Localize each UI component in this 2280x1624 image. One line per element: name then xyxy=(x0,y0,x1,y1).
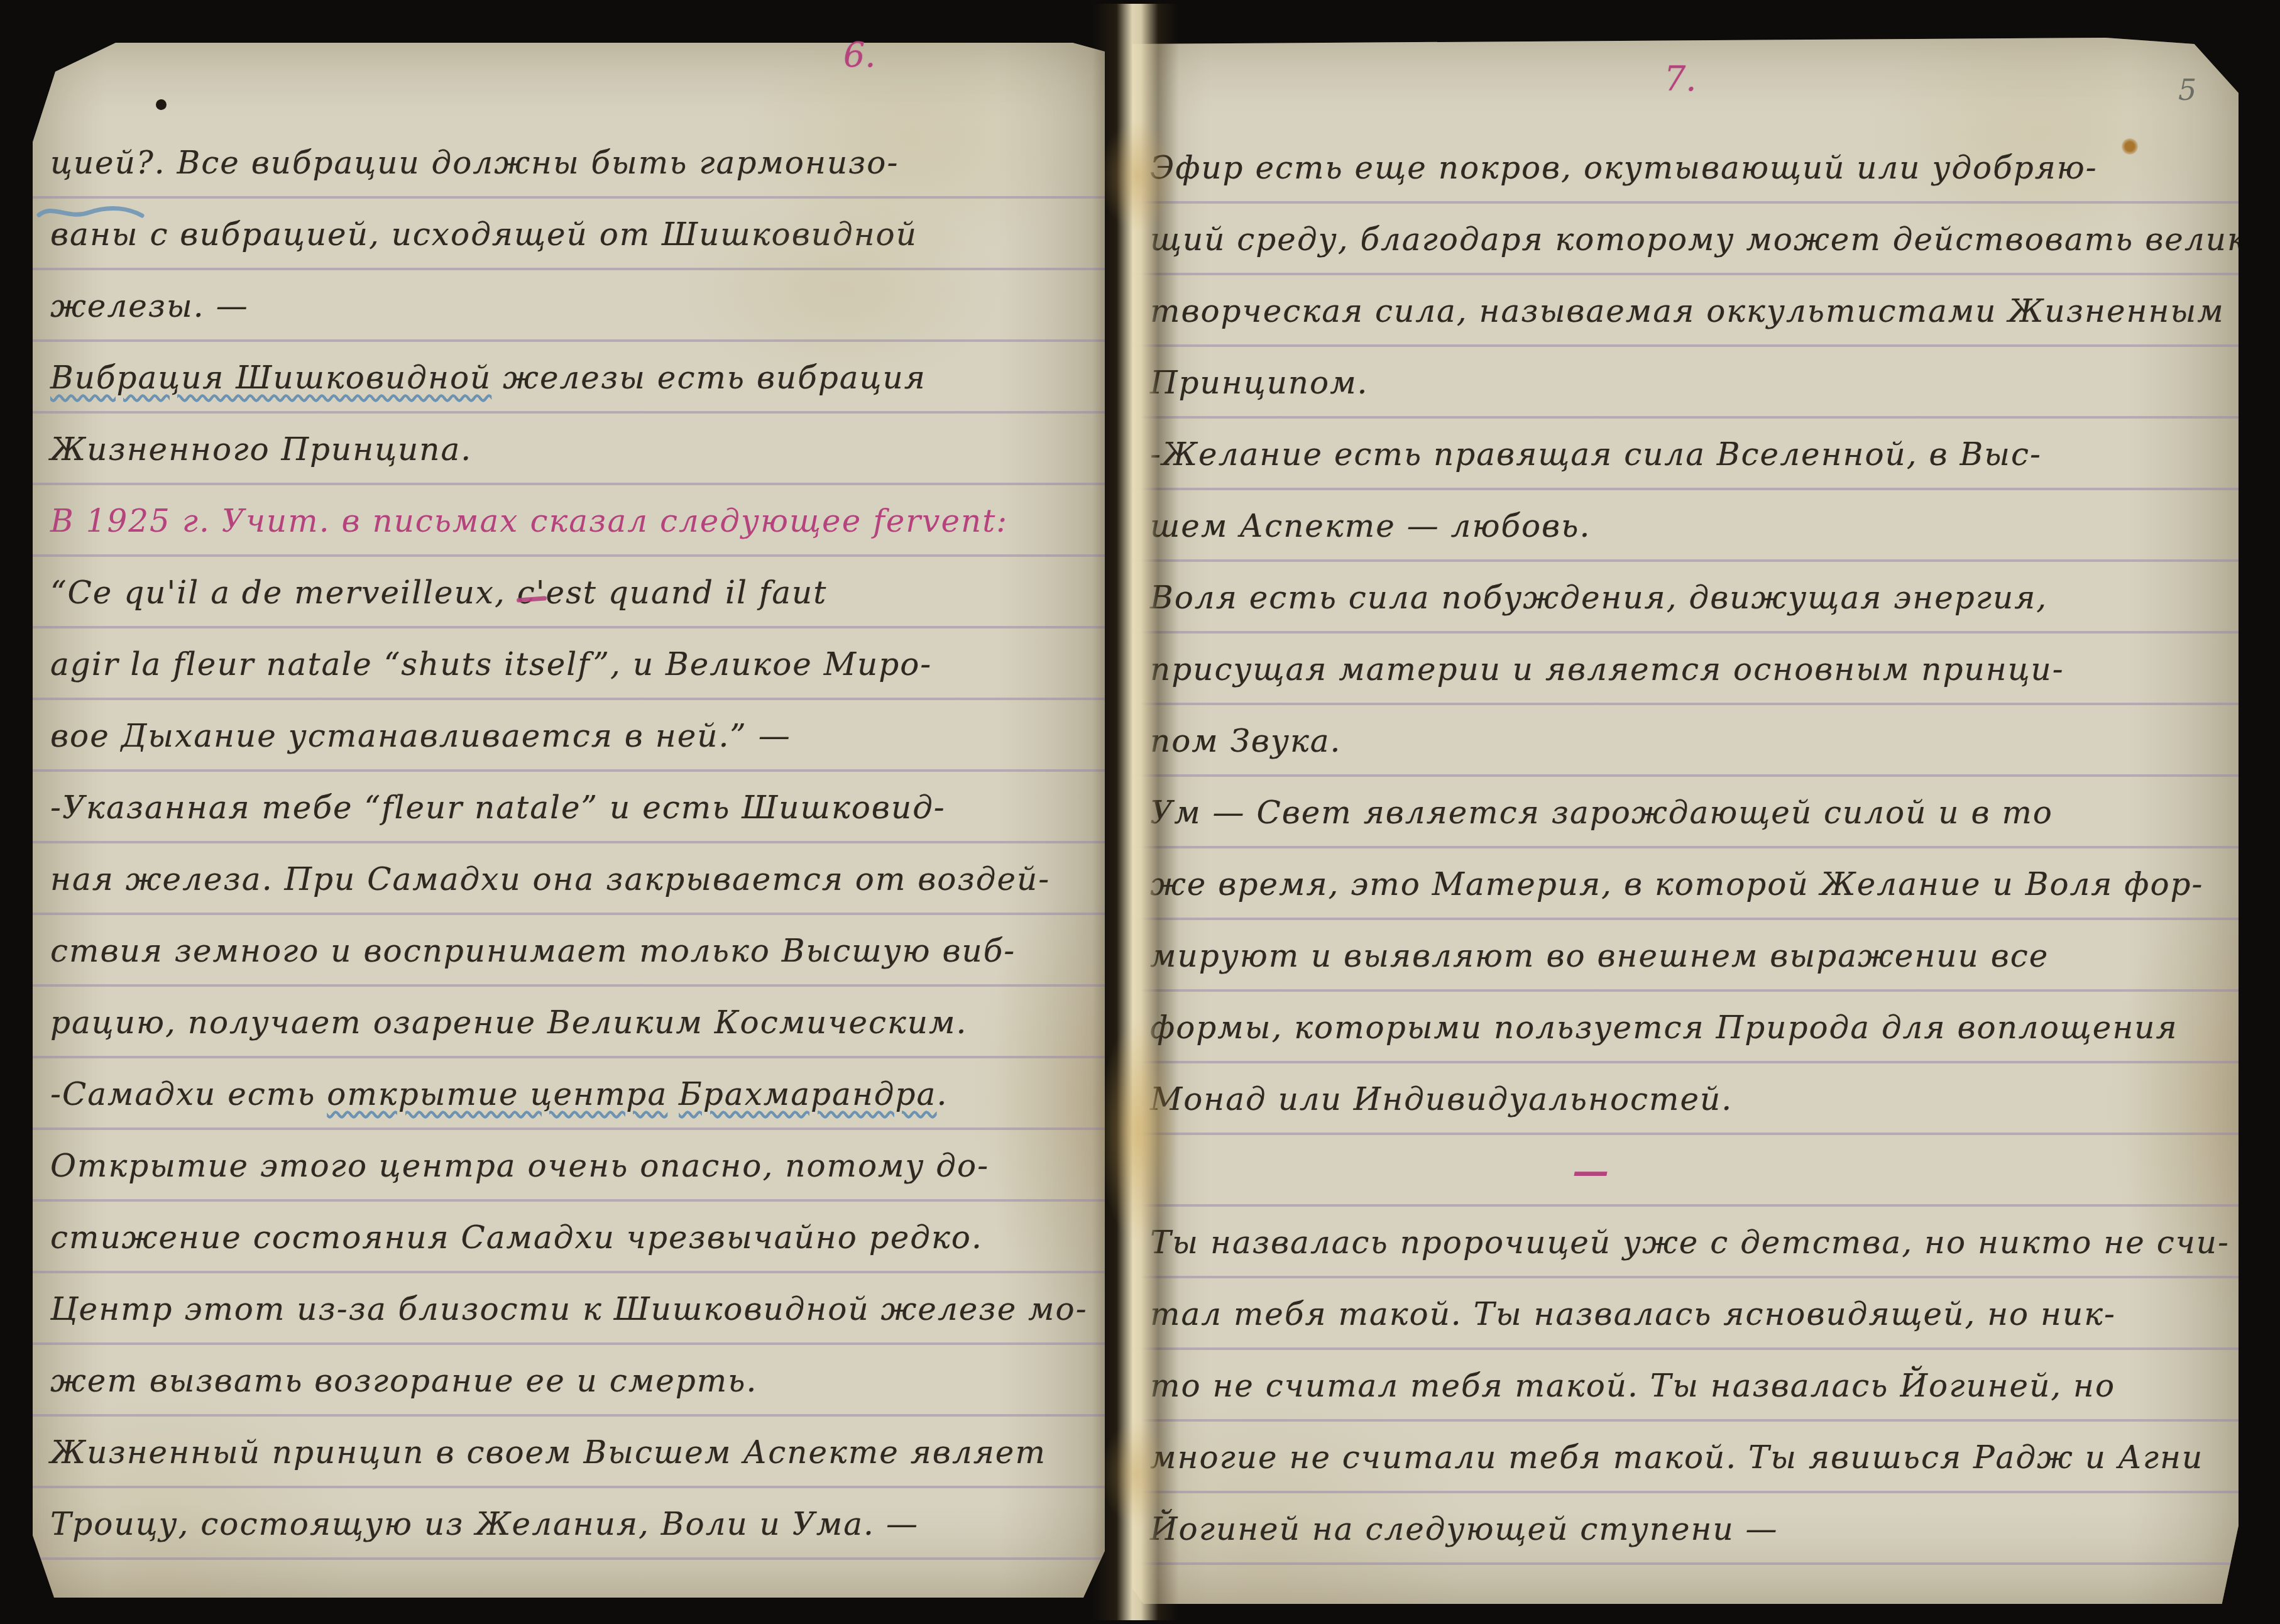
handwriting-line: Эфир есть еще покров, окутывающий или уд… xyxy=(1132,132,2239,204)
handwriting-line: шем Аспекте — любовь. xyxy=(1132,490,2239,562)
handwriting-text: -Указанная тебе “fleur natale” и есть Ши… xyxy=(50,789,946,826)
handwriting-line: Ум — Свет является зарождающей силой и в… xyxy=(1132,777,2239,848)
right-page-text: Эфир есть еще покров, окутывающий или уд… xyxy=(1132,132,2239,1565)
handwriting-line: пом Звука. xyxy=(1132,705,2239,777)
corner-number-pencil: 5 xyxy=(2178,73,2196,107)
handwriting-line: тал тебя такой. Ты назвалась ясновидящей… xyxy=(1132,1278,2239,1350)
handwriting-text: Открытие этого центра очень опасно, пото… xyxy=(50,1148,989,1184)
handwriting-text: многие не считали тебя такой. Ты явишься… xyxy=(1150,1439,2203,1476)
handwriting-text: щий среду, благодаря которому может дейс… xyxy=(1150,221,2280,258)
handwriting-line: мируют и выявляют во внешнем выражении в… xyxy=(1132,920,2239,992)
handwriting-line: Открытие этого центра очень опасно, пото… xyxy=(33,1130,1105,1202)
handwriting-text: Ты назвалась пророчицей уже с детства, н… xyxy=(1150,1224,2230,1261)
notebook-scan: цией?. Все вибрации должны быть гармониз… xyxy=(0,0,2280,1624)
handwriting-line: В 1925 г. Учит. в письмах сказал следующ… xyxy=(33,485,1105,557)
handwriting-line: жет вызвать возгорание ее и смерть. xyxy=(33,1345,1105,1417)
handwriting-text: В 1925 г. Учит. в письмах сказал следующ… xyxy=(50,503,1008,539)
center-fold xyxy=(1092,4,1179,1620)
handwriting-line: Жизненного Принципа. xyxy=(33,414,1105,485)
handwriting-text: Принципом. xyxy=(1150,365,1369,401)
handwriting-text: Йогиней на следующей ступени — xyxy=(1150,1511,1779,1547)
handwriting-text: Троицу, состоящую из Желания, Воли и Ума… xyxy=(50,1506,919,1542)
handwriting-text: Жизненный принцип в своем Высшем Аспекте… xyxy=(50,1434,1046,1471)
handwriting-text: шем Аспекте — любовь. xyxy=(1150,508,1591,544)
handwriting-text: -Самадхи есть xyxy=(50,1076,327,1112)
handwriting-text: agir la fleur natale “shuts itself”, и В… xyxy=(50,646,932,683)
handwriting-text: мируют и выявляют во внешнем выражении в… xyxy=(1150,938,2049,974)
handwriting-text: Монад или Индивидуальностей. xyxy=(1150,1081,1733,1117)
handwriting-line: формы, которыми пользуется Природа для в… xyxy=(1132,992,2239,1063)
handwriting-text: Центр этот из-за близости к Шишковидной … xyxy=(50,1291,1088,1327)
handwriting-line: Троицу, состоящую из Желания, Воли и Ума… xyxy=(33,1488,1105,1560)
handwriting-text: тал тебя такой. Ты назвалась ясновидящей… xyxy=(1150,1296,2116,1332)
underlined-handwriting: Брахмарандра xyxy=(679,1076,936,1112)
handwriting-line: ная железа. При Самадхи она закрывается … xyxy=(33,843,1105,915)
handwriting-text: железы. — xyxy=(50,288,249,324)
handwriting-line: -Указанная тебе “fleur natale” и есть Ши… xyxy=(33,772,1105,843)
handwriting-text: -Желание есть правящая сила Вселенной, в… xyxy=(1150,436,2042,473)
pink-dash: — xyxy=(1572,1149,1610,1192)
handwriting-line: Центр этот из-за близости к Шишковидной … xyxy=(33,1273,1105,1345)
handwriting-text: творческая сила, называемая оккультистам… xyxy=(1150,293,2225,329)
blue-pencil-margin-mark xyxy=(35,199,148,226)
handwriting-text: железы есть вибрация xyxy=(491,359,926,396)
handwriting-line: ствия земного и воспринимает только Высш… xyxy=(33,915,1105,987)
handwriting-text: то не считал тебя такой. Ты назвалась Йо… xyxy=(1150,1368,2115,1404)
page-number-right: 7. xyxy=(1664,59,1697,99)
underlined-handwriting: открытие центра xyxy=(327,1076,667,1112)
handwriting-text: жет вызвать возгорание ее и смерть. xyxy=(50,1363,757,1399)
handwriting-text: Воля есть сила побуждения, движущая энер… xyxy=(1150,579,2047,616)
handwriting-line: стижение состояния Самадхи чрезвычайно р… xyxy=(33,1202,1105,1273)
handwriting-text: стижение состояния Самадхи чрезвычайно р… xyxy=(50,1219,983,1256)
handwriting-text: ствия земного и воспринимает только Высш… xyxy=(50,933,1016,969)
right-page: Эфир есть еще покров, окутывающий или уд… xyxy=(1132,38,2239,1604)
handwriting-line: agir la fleur natale “shuts itself”, и В… xyxy=(33,628,1105,700)
handwriting-text: Жизненного Принципа. xyxy=(50,431,472,468)
handwriting-line: творческая сила, называемая оккультистам… xyxy=(1132,275,2239,347)
handwriting-line: щий среду, благодаря которому может дейс… xyxy=(1132,204,2239,275)
handwriting-line: многие не считали тебя такой. Ты явишься… xyxy=(1132,1422,2239,1493)
handwriting-line: железы. — xyxy=(33,270,1105,342)
handwriting-line: Монад или Индивидуальностей. xyxy=(1132,1063,2239,1135)
handwriting-text: формы, которыми пользуется Природа для в… xyxy=(1150,1009,2178,1046)
handwriting-line: Йогиней на следующей ступени — xyxy=(1132,1493,2239,1565)
handwriting-text: ная железа. При Самадхи она закрывается … xyxy=(50,861,1050,897)
handwriting-text: вое Дыхание устанавливается в ней.” — xyxy=(50,718,791,754)
handwriting-line: вое Дыхание устанавливается в ней.” — xyxy=(33,700,1105,772)
handwriting-text: присущая материи и является основным при… xyxy=(1150,651,2064,688)
handwriting-line: Вибрация Шишковидной железы есть вибраци… xyxy=(33,342,1105,414)
left-page: цией?. Все вибрации должны быть гармониз… xyxy=(33,43,1105,1598)
handwriting-line: ваны с вибрацией, исходящей от Шишковидн… xyxy=(33,199,1105,270)
handwriting-line: Воля есть сила побуждения, движущая энер… xyxy=(1132,562,2239,634)
handwriting-line: же время, это Материя, в которой Желание… xyxy=(1132,848,2239,920)
handwriting-text: же время, это Материя, в которой Желание… xyxy=(1150,866,2204,903)
handwriting-line: то не считал тебя такой. Ты назвалась Йо… xyxy=(1132,1350,2239,1422)
handwriting-line: “Ce qu'il a de merveilleux, c'est quand … xyxy=(33,557,1105,628)
page-number-left: 6. xyxy=(843,35,876,75)
handwriting-text: цией?. Все вибрации должны быть гармониз… xyxy=(50,145,899,181)
handwriting-text: . xyxy=(936,1076,948,1112)
left-page-text: цией?. Все вибрации должны быть гармониз… xyxy=(33,127,1105,1560)
handwriting-text: Эфир есть еще покров, окутывающий или уд… xyxy=(1150,150,2098,186)
handwriting-line: Принципом. xyxy=(1132,347,2239,419)
handwriting-line: цией?. Все вибрации должны быть гармониз… xyxy=(33,127,1105,199)
underlined-handwriting: Вибрация Шишковидной xyxy=(50,359,491,396)
handwriting-line: Жизненный принцип в своем Высшем Аспекте… xyxy=(33,1417,1105,1488)
handwriting-text xyxy=(667,1076,679,1112)
handwriting-line: рацию, получает озарение Великим Космиче… xyxy=(33,987,1105,1058)
handwriting-text: рацию, получает озарение Великим Космиче… xyxy=(50,1004,967,1041)
handwriting-line: присущая материи и является основным при… xyxy=(1132,634,2239,705)
handwriting-line: -Самадхи есть открытие центра Брахмаранд… xyxy=(33,1058,1105,1130)
handwriting-text: “Ce qu'il a de merveilleux, c'est quand … xyxy=(50,574,827,611)
handwriting-line: Ты назвалась пророчицей уже с детства, н… xyxy=(1132,1207,2239,1278)
pink-section-divider: — xyxy=(1132,1135,2239,1207)
handwriting-line: -Желание есть правящая сила Вселенной, в… xyxy=(1132,419,2239,490)
handwriting-text: ваны с вибрацией, исходящей от Шишковидн… xyxy=(50,216,918,253)
handwriting-text: Ум — Свет является зарождающей силой и в… xyxy=(1150,794,2053,831)
